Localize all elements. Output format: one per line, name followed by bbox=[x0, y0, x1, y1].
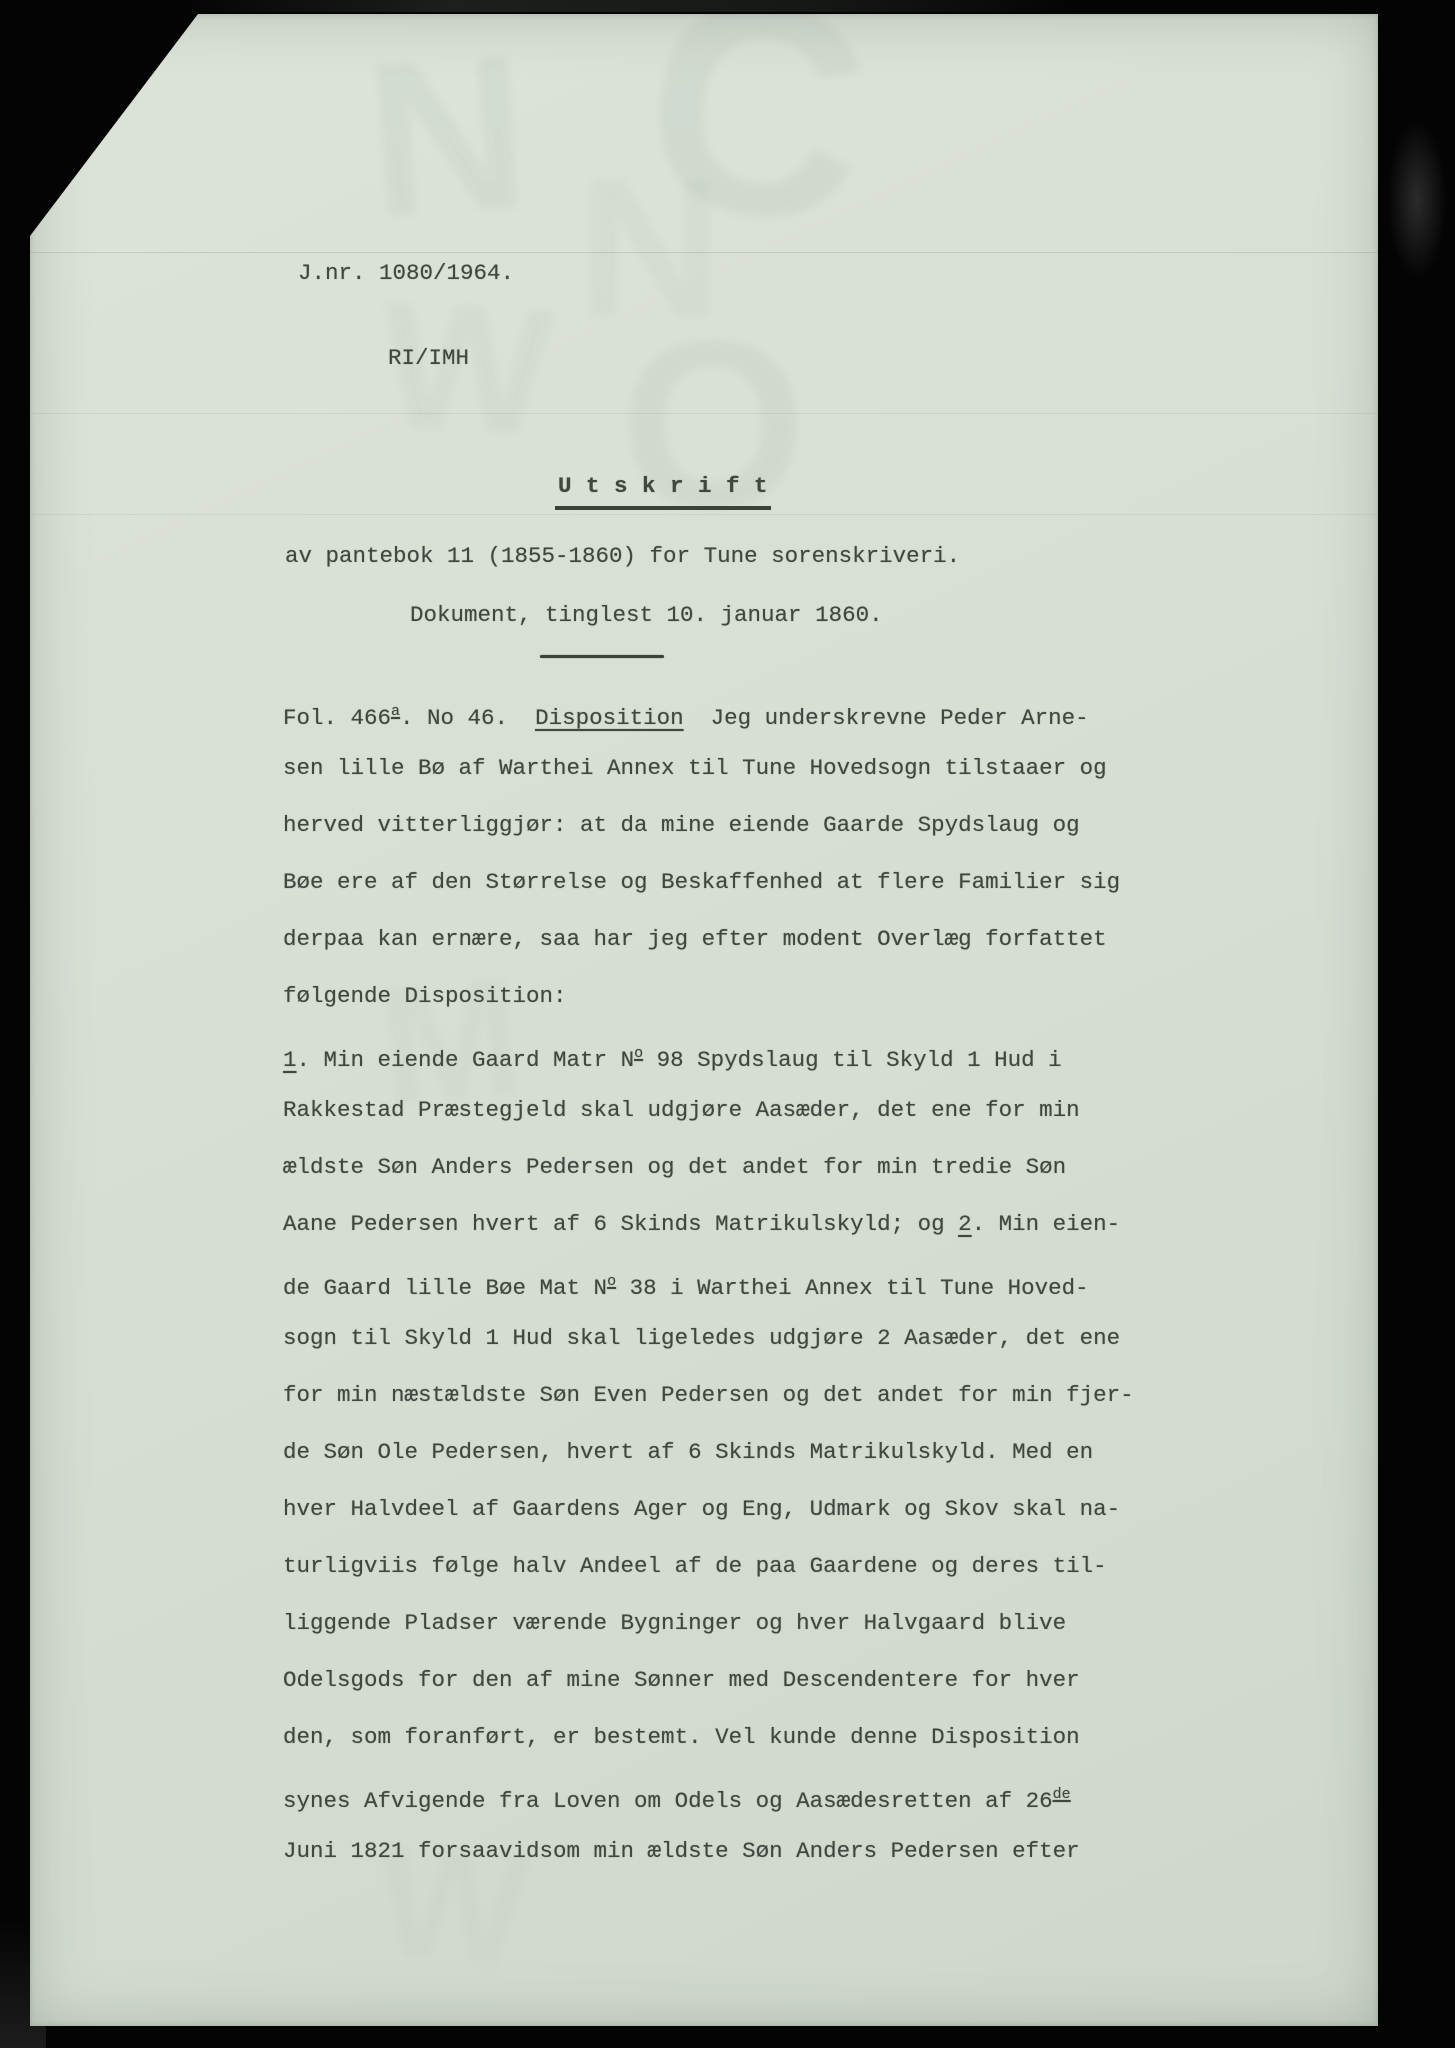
body-line: Aane Pedersen hvert af 6 Skinds Matrikul… bbox=[283, 1196, 1134, 1253]
subtitle-source-line: av pantebok 11 (1855-1860) for Tune sore… bbox=[285, 545, 960, 568]
journal-number: J.nr. 1080/1964. bbox=[298, 262, 514, 285]
body-line: Fol. 466a. No 46. Disposition Jeg unders… bbox=[283, 683, 1134, 740]
body-line: turligviis følge halv Andeel af de paa G… bbox=[283, 1538, 1134, 1595]
scanned-page: CNOWNMW J.nr. 1080/1964. RI/IMH U t s k … bbox=[30, 14, 1378, 2026]
document-title: U t s k r i f t bbox=[555, 475, 771, 510]
body-line: sen lille Bø af Warthei Annex til Tune H… bbox=[283, 740, 1134, 797]
body-line: for min næstældste Søn Even Pedersen og … bbox=[283, 1367, 1134, 1424]
body-line: hver Halvdeel af Gaardens Ager og Eng, U… bbox=[283, 1481, 1134, 1538]
body-line: herved vitterliggjør: at da mine eiende … bbox=[283, 797, 1134, 854]
body-line: følgende Disposition: bbox=[283, 968, 1134, 1025]
body-line: synes Afvigende fra Loven om Odels og Aa… bbox=[283, 1766, 1134, 1823]
section-divider bbox=[540, 655, 664, 658]
body-line: den, som foranført, er bestemt. Vel kund… bbox=[283, 1709, 1134, 1766]
paper-crease bbox=[30, 413, 1378, 414]
bleedthrough-mark: N bbox=[578, 134, 722, 364]
paper-crease bbox=[30, 252, 1378, 253]
body-line: Bøe ere af den Størrelse og Beskaffenhed… bbox=[283, 854, 1134, 911]
body-line: Rakkestad Præstegjeld skal udgjøre Aasæd… bbox=[283, 1082, 1134, 1139]
scan-margin-streak bbox=[1387, 120, 1447, 280]
reference-initials: RI/IMH bbox=[388, 347, 469, 370]
body-line: Juni 1821 forsaavidsom min ældste Søn An… bbox=[283, 1823, 1134, 1880]
body-line: 1. Min eiende Gaard Matr No 98 Spydslaug… bbox=[283, 1025, 1134, 1082]
body-line: Odelsgods for den af mine Sønner med Des… bbox=[283, 1652, 1134, 1709]
body-line: liggende Pladser værende Bygninger og hv… bbox=[283, 1595, 1134, 1652]
bleedthrough-mark: N bbox=[359, 14, 535, 268]
paper-crease bbox=[30, 514, 1378, 515]
body-line: ældste Søn Anders Pedersen og det andet … bbox=[283, 1139, 1134, 1196]
bleedthrough-mark: O bbox=[620, 286, 807, 562]
body-line: de Gaard lille Bøe Mat No 38 i Warthei A… bbox=[283, 1253, 1134, 1310]
body-line: derpaa kan ernære, saa har jeg efter mod… bbox=[283, 911, 1134, 968]
subtitle-date-line: Dokument, tinglest 10. januar 1860. bbox=[410, 604, 883, 627]
body-line: sogn til Skyld 1 Hud skal ligeledes udgj… bbox=[283, 1310, 1134, 1367]
scan-margin-streak bbox=[180, 0, 1080, 12]
document-body: Fol. 466a. No 46. Disposition Jeg unders… bbox=[283, 683, 1134, 1880]
bleedthrough-mark: C bbox=[631, 14, 883, 292]
body-line: de Søn Ole Pedersen, hvert af 6 Skinds M… bbox=[283, 1424, 1134, 1481]
